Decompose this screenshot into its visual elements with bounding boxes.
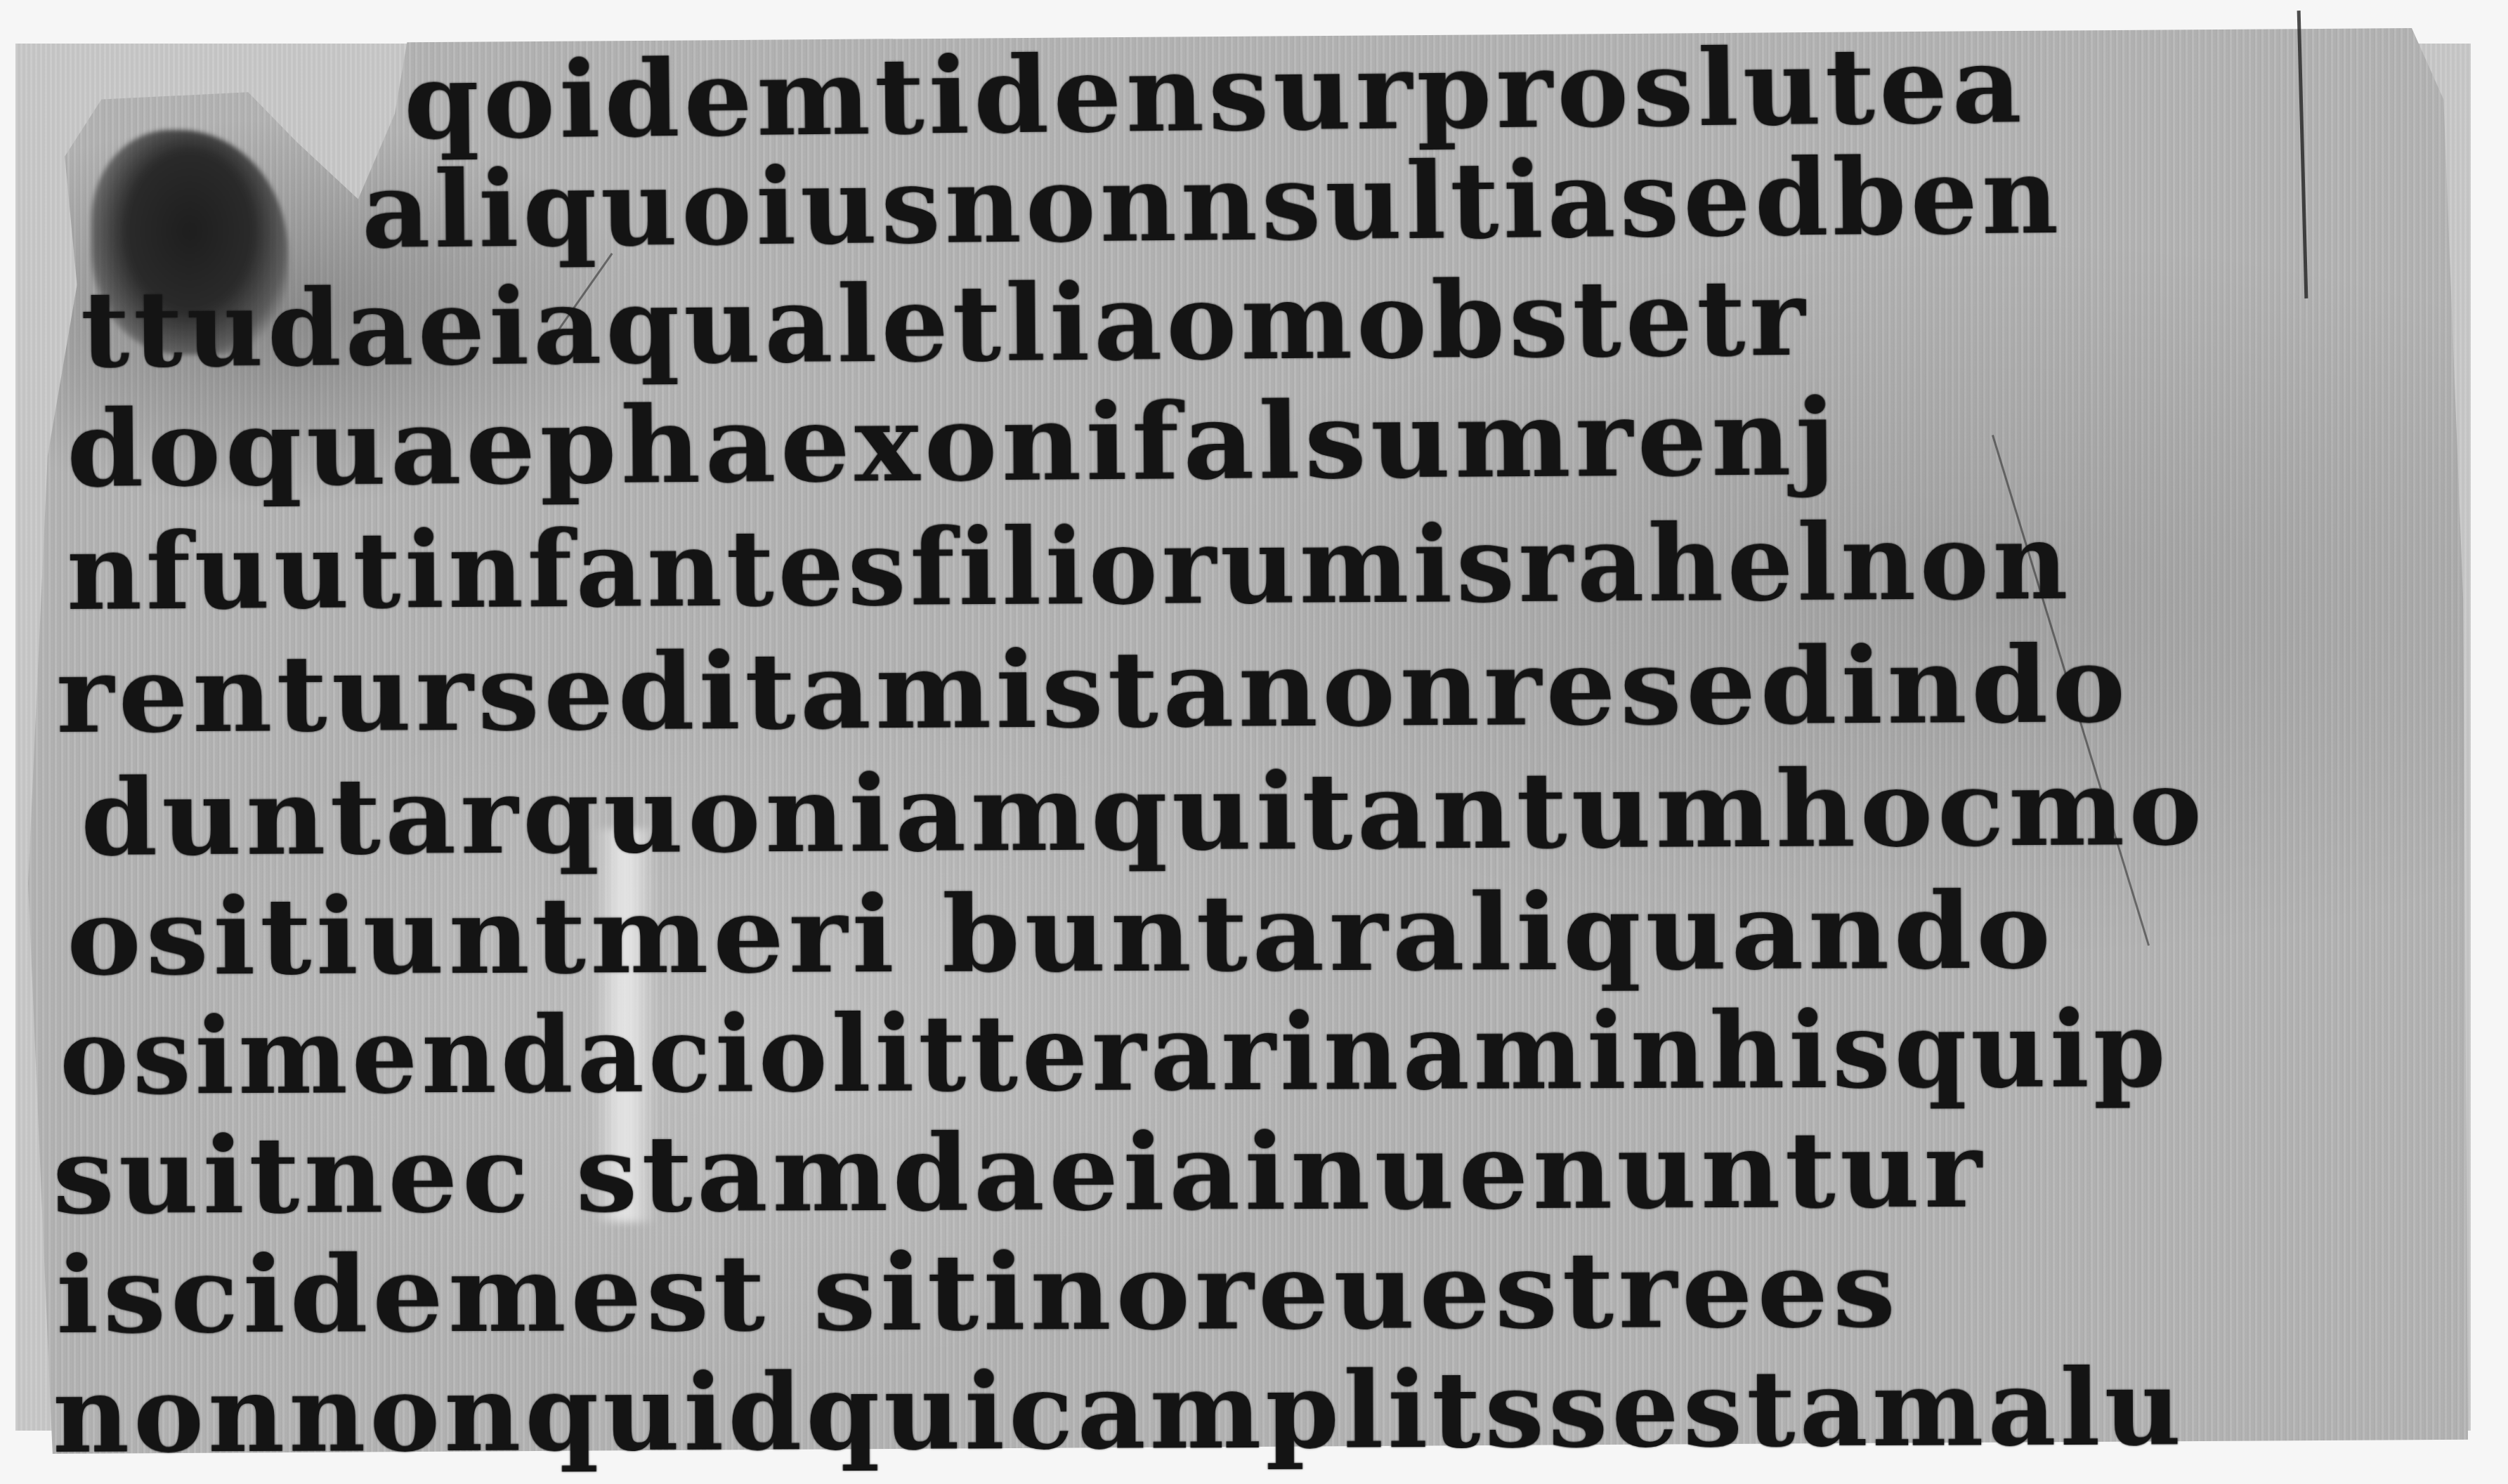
text-line-7: duntarquoniamquitantumhocmo [81, 755, 2207, 871]
text-line-3: ttudaeiaqualetliaomobstetr [80, 265, 1809, 383]
text-line-6: renturseditamistanonresedindo [56, 632, 2130, 748]
manuscript-photograph: qoidemtidensurproslutea aliquoiusnonnsul… [0, 0, 2508, 1484]
text-line-10: suitnec stamdaeiainuenuntur [53, 1117, 1987, 1229]
text-line-12: nonnonquidquicamplitssestamalu [53, 1355, 2186, 1468]
text-line-11: iscidemest sitinoreuestrees [56, 1237, 1900, 1348]
text-line-9: osimendaciolitterarinaminhisquip [60, 997, 2170, 1110]
text-line-4: doquaephaexonifalsumrenj [66, 385, 1839, 502]
text-line-8: ositiuntmeri buntaraliquando [67, 879, 2056, 990]
text-line-5: nfuutinfantesfiliorumisrahelnon [67, 509, 2072, 625]
text-line-2: aliquoiusnonnsultiasedben [361, 143, 2063, 263]
